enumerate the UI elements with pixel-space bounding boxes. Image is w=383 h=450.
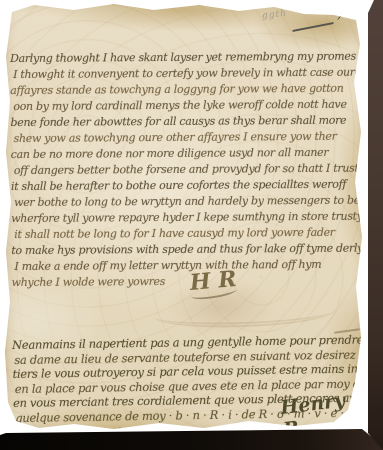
faint-scribble: ggth — [262, 9, 288, 22]
ink-showthrough-mark — [154, 297, 335, 330]
royal-monogram-signature: H R — [189, 266, 238, 300]
pen-dash-mark — [292, 22, 334, 32]
canvas-print-photo: ggth 7 Darlyng thowght I have skant lays… — [0, 0, 383, 450]
manuscript-line: to make hys provisions with spede and th… — [11, 240, 383, 259]
manuscript-page: ggth 7 Darlyng thowght I have skant lays… — [4, 2, 366, 432]
letter-body-english: Darlyng thowght I have skant layser yet … — [10, 48, 383, 291]
folio-number: 7 — [335, 8, 346, 24]
